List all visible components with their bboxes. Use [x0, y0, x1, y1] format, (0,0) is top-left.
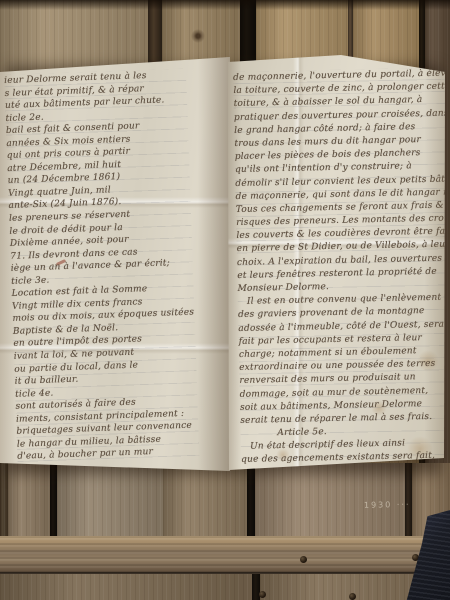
- page-edge-shading: [0, 55, 230, 475]
- wood-plank: [163, 463, 247, 540]
- plank-gap: [50, 463, 57, 540]
- nail-head: [349, 593, 356, 600]
- plank-gap: [247, 463, 255, 540]
- chalk-mark: 1930 ···: [364, 499, 446, 514]
- wood-plank: [0, 574, 252, 600]
- wood-plank: [0, 463, 8, 540]
- nail-head: [259, 591, 266, 598]
- nail-head: [300, 556, 307, 563]
- wood-background-bottom: [0, 574, 450, 600]
- manuscript-right-page: de maçonnerie, l'ouverture du portail, à…: [221, 50, 447, 475]
- wood-crossbeam: [0, 536, 450, 576]
- manuscript-left-page: ieur Delorme serait tenu à less leur éta…: [0, 55, 230, 475]
- photo-of-manuscript-on-wood: 1930 ··· ieur Delorme serait tenu à less…: [0, 0, 450, 600]
- plank-top-seam: [0, 0, 450, 10]
- wood-knot: [191, 28, 205, 44]
- wood-plank: [8, 463, 50, 540]
- wood-plank: [57, 463, 163, 540]
- page-edge-shading: [221, 50, 447, 475]
